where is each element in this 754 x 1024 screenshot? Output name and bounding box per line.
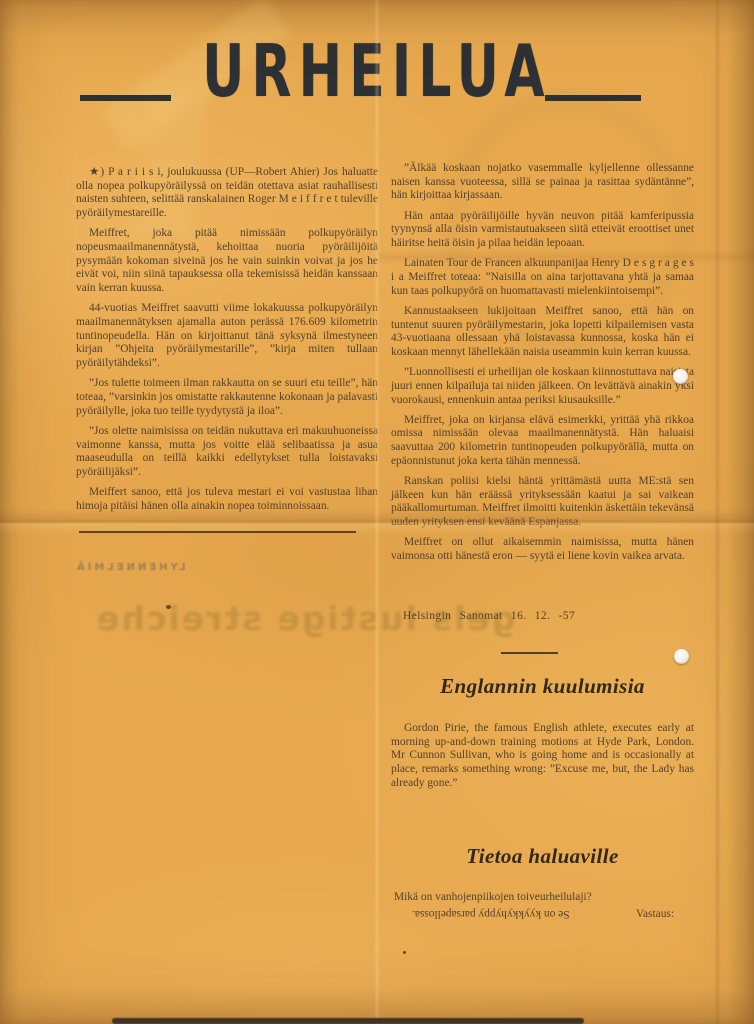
paragraph: 44-vuotias Meiffret saavutti viime lokak… — [76, 302, 378, 371]
paragraph: Meiffret, joka on kirjansa elävä esimerk… — [391, 414, 694, 469]
paragraph: ”Älkää koskaan nojatko vasemmalle kyljel… — [391, 162, 694, 203]
ink-speck — [166, 605, 171, 609]
paragraph: ★) P a r i i s i, joulukuussa (UP—Robert… — [76, 166, 378, 221]
punch-hole — [674, 649, 689, 664]
paragraph: ”Jos tulette toimeen ilman rakkautta on … — [76, 377, 378, 418]
left-column: ★) P a r i i s i, joulukuussa (UP—Robert… — [76, 166, 378, 520]
joke-answer-upside-down: Se on kyykkyhyppy parsapellossa. — [412, 908, 570, 920]
paragraph: Meiffret on ollut aikaisemmin naimisissa… — [391, 536, 694, 563]
ink-speck — [403, 951, 406, 954]
show-through-text-small: LYHENNELMIÄ — [74, 562, 186, 573]
title-rule-left — [80, 95, 171, 101]
source-citation: Helsingin Sanomat 16. 12. -57 — [403, 610, 575, 622]
paragraph: ”Jos olette naimisissa on teidän nukutta… — [76, 425, 378, 480]
right-column: ”Älkää koskaan nojatko vasemmalle kyljel… — [391, 162, 694, 570]
punch-hole — [673, 369, 688, 384]
joke-answer-row: Se on kyykkyhyppy parsapellossa. Vastaus… — [412, 908, 674, 920]
section-divider-rule — [501, 652, 558, 654]
answer-label: Vastaus: — [636, 908, 674, 920]
left-column-end-rule — [79, 531, 356, 533]
paragraph: Meiffert sanoo, että jos tuleva mestari … — [76, 486, 378, 513]
scanned-newsletter-page: URHEILUA ★) P a r i i s i, joulukuussa (… — [0, 0, 754, 1024]
section-heading-info: Tietoa haluaville — [391, 844, 694, 869]
vertical-right-crease — [716, 0, 719, 1024]
england-section: Gordon Pirie, the famous English athlete… — [391, 722, 694, 797]
joke-question: Mikä on vanhojenpiikojen toiveurheilulaj… — [394, 891, 694, 903]
paragraph: Kannustaakseen lukijoitaan Meiffret sano… — [391, 305, 694, 360]
paragraph: Lainaten Tour de Francen alkuunpanijaa H… — [391, 257, 694, 298]
paragraph: Ranskan poliisi kielsi häntä yrittämästä… — [391, 475, 694, 530]
scan-edge-shadow — [112, 1018, 584, 1024]
paragraph: Meiffret, joka pitää nimissään polkupyör… — [76, 227, 378, 296]
paragraph: Hän antaa pyöräilijöille hyvän neuvon pi… — [391, 210, 694, 251]
paragraph: Gordon Pirie, the famous English athlete… — [391, 722, 694, 791]
section-heading-england: Englannin kuulumisia — [391, 674, 694, 699]
paragraph: ”Luonnollisesti ei urheilijan ole koskaa… — [391, 366, 694, 407]
title-rule-right — [545, 95, 641, 101]
